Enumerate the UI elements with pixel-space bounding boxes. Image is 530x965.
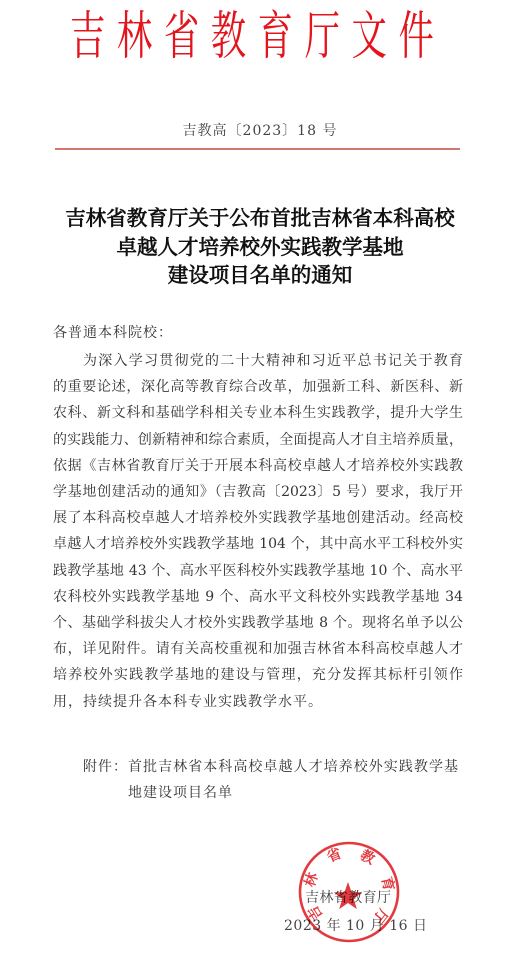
body-line: 农科校外实践教学基地 9 个、高水平文科校外实践教学基地 34 <box>53 584 463 610</box>
body-line: 践教学基地 43 个、高水平医科校外实践教学基地 10 个、高水平 <box>53 558 463 584</box>
document-masthead: 吉林省教育厅文件 <box>70 10 424 64</box>
seal-arc-char: 育 <box>378 875 398 892</box>
document-number: 吉教高〔2023〕18 号 <box>160 121 360 141</box>
attachment-line: 首批吉林省本科高校卓越人才培养校外实践教学基 <box>128 754 458 780</box>
body-line: 布，详见附件。请有关高校重视和加强吉林省本科高校卓越人才 <box>53 636 463 662</box>
body-line: 的实践能力、创新精神和综合素质，全面提高人才自主培养质量， <box>53 427 463 453</box>
masthead-divider <box>55 148 460 150</box>
attachment-label: 附件： <box>83 754 128 780</box>
body-paragraph: 为深入学习贯彻党的二十大精神和习近平总书记关于教育 的重要论述，深化高等教育综合… <box>53 348 463 715</box>
attachment-title: 首批吉林省本科高校卓越人才培养校外实践教学基 地建设项目名单 <box>128 754 458 806</box>
body-line: 依据《吉林省教育厅关于开展本科高校卓越人才培养校外实践教 <box>53 453 463 479</box>
heading-line: 建设项目名单的通知 <box>30 261 490 290</box>
heading-line: 吉林省教育厅关于公布首批吉林省本科高校 <box>30 204 490 233</box>
body-line: 农科、新文科和基础学科相关专业本科生实践教学，提升大学生 <box>53 400 463 426</box>
body-line: 培养校外实践教学基地的建设与管理，充分发挥其标杆引领作 <box>53 662 463 688</box>
body-line: 的重要论述，深化高等教育综合改革，加强新工科、新医科、新 <box>53 374 463 400</box>
body-line: 用，持续提升各本科专业实践教学水平。 <box>53 689 463 715</box>
attachment-line: 地建设项目名单 <box>128 780 458 806</box>
body-line: 展了本科高校卓越人才培养校外实践教学基地创建活动。经高校 <box>53 505 463 531</box>
heading-line: 卓越人才培养校外实践教学基地 <box>30 233 490 262</box>
body-line: 学基地创建活动的通知》（吉教高〔2023〕5 号）要求，我厅开 <box>53 479 463 505</box>
document-heading: 吉林省教育厅关于公布首批吉林省本科高校 卓越人才培养校外实践教学基地 建设项目名… <box>30 204 490 290</box>
official-seal: 吉 林 省 教 育 厅 <box>297 840 401 944</box>
body-line: 卓越人才培养校外实践教学基地 104 个，其中高水平工科校外实 <box>53 531 463 557</box>
star-icon <box>334 882 363 909</box>
body-line: 个、基础学科拔尖人才校外实践教学基地 8 个。现将名单予以公 <box>53 610 463 636</box>
salutation: 各普通本科院校： <box>53 320 173 346</box>
body-line: 为深入学习贯彻党的二十大精神和习近平总书记关于教育 <box>53 348 463 374</box>
